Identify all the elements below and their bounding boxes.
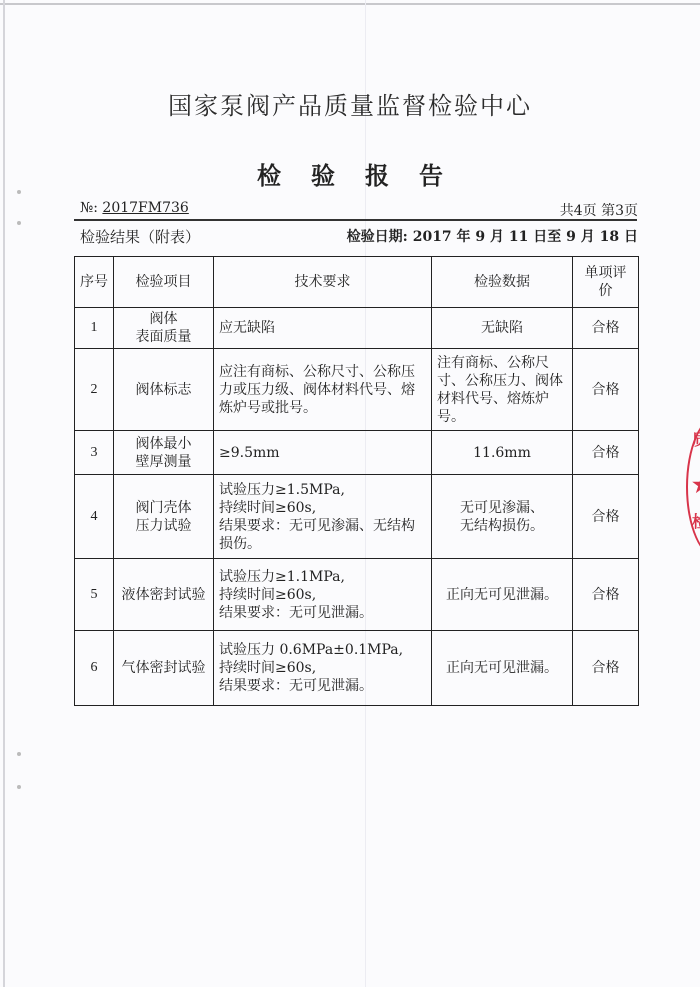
column-header-result: 单项评价: [573, 257, 639, 308]
row-no: 1: [75, 308, 114, 349]
report-number-value: 2017FM736: [102, 200, 188, 216]
table-row: 6 气体密封试验 试验压力 0.6MPa±0.1MPa, 持续时间≥60s, 结…: [75, 631, 639, 706]
row-requirement: ≥9.5mm: [214, 431, 432, 475]
row-no: 3: [75, 431, 114, 475]
row-result: 合格: [573, 308, 639, 349]
row-no: 2: [75, 349, 114, 431]
row-item: 液体密封试验: [114, 559, 214, 631]
row-item: 阀体标志: [114, 349, 214, 431]
seal-char: 质: [692, 427, 700, 450]
row-requirement: 试验压力≥1.5MPa, 持续时间≥60s, 结果要求：无可见渗漏、无结构损伤。: [214, 475, 432, 559]
official-seal-stamp: 质 ★ 检: [686, 415, 700, 559]
section-label: 检验结果（附表）: [80, 226, 200, 247]
row-requirement: 应无缺陷: [214, 308, 432, 349]
table-row: 4 阀门壳体 压力试验 试验压力≥1.5MPa, 持续时间≥60s, 结果要求：…: [75, 475, 639, 559]
row-result: 合格: [573, 559, 639, 631]
column-header-requirement: 技术要求: [214, 257, 432, 308]
row-result: 合格: [573, 475, 639, 559]
row-no: 6: [75, 631, 114, 706]
binding-hole: [17, 785, 21, 789]
row-result: 合格: [573, 349, 639, 431]
report-number-label: №:: [80, 200, 98, 216]
organization-title: 国家泵阀产品质量监督检验中心: [0, 86, 700, 121]
row-data: 无缺陷: [432, 308, 573, 349]
table-header-row: 序号 检验项目 技术要求 检验数据 单项评价: [75, 257, 639, 308]
row-item: 气体密封试验: [114, 631, 214, 706]
row-data: 无可见渗漏、 无结构损伤。: [432, 475, 573, 559]
row-result: 合格: [573, 631, 639, 706]
row-no: 5: [75, 559, 114, 631]
row-item: 阀门壳体 压力试验: [114, 475, 214, 559]
row-item: 阀体最小 壁厚测量: [114, 431, 214, 475]
binding-hole: [17, 221, 21, 225]
table-row: 5 液体密封试验 试验压力≥1.1MPa, 持续时间≥60s, 结果要求：无可见…: [75, 559, 639, 631]
report-number: №: 2017FM736: [80, 200, 189, 216]
star-icon: ★: [692, 472, 700, 498]
seal-char: 检: [692, 509, 700, 532]
row-no: 4: [75, 475, 114, 559]
table-row: 3 阀体最小 壁厚测量 ≥9.5mm 11.6mm 合格: [75, 431, 639, 475]
results-table: 序号 检验项目 技术要求 检验数据 单项评价 1 阀体 表面质量 应无缺陷 无缺…: [74, 256, 639, 706]
row-data: 注有商标、公称尺寸、公称压力、阀体材料代号、熔炼炉号。: [432, 349, 573, 431]
inspection-date: 检验日期: 2017 年 9 月 11 日至 9 月 18 日: [347, 226, 638, 246]
scan-edge-left: [3, 0, 5, 987]
row-item: 阀体 表面质量: [114, 308, 214, 349]
row-result: 合格: [573, 431, 639, 475]
binding-hole: [17, 752, 21, 756]
page-info: 共4页 第3页: [560, 200, 638, 220]
header-divider: [74, 219, 637, 221]
column-header-item: 检验项目: [114, 257, 214, 308]
column-header-data: 检验数据: [432, 257, 573, 308]
column-header-no: 序号: [75, 257, 114, 308]
scan-edge-top: [0, 3, 700, 5]
document-title: 检验报告: [0, 156, 700, 191]
table-row: 2 阀体标志 应注有商标、公称尺寸、公称压力或压力级、阀体材料代号、熔炼炉号或批…: [75, 349, 639, 431]
row-requirement: 试验压力 0.6MPa±0.1MPa, 持续时间≥60s, 结果要求：无可见泄漏…: [214, 631, 432, 706]
row-data: 正向无可见泄漏。: [432, 559, 573, 631]
row-requirement: 试验压力≥1.1MPa, 持续时间≥60s, 结果要求：无可见泄漏。: [214, 559, 432, 631]
table-row: 1 阀体 表面质量 应无缺陷 无缺陷 合格: [75, 308, 639, 349]
row-requirement: 应注有商标、公称尺寸、公称压力或压力级、阀体材料代号、熔炼炉号或批号。: [214, 349, 432, 431]
row-data: 正向无可见泄漏。: [432, 631, 573, 706]
row-data: 11.6mm: [432, 431, 573, 475]
